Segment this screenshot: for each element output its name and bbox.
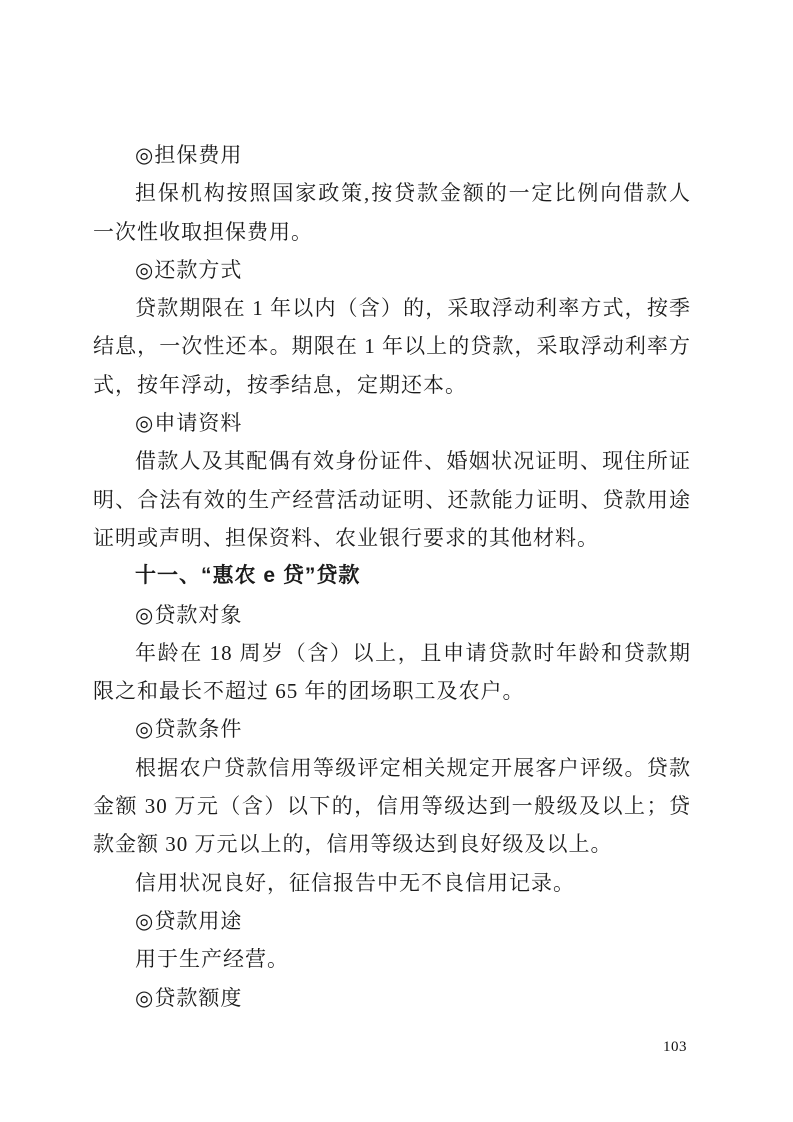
paragraph-application-materials-detail: 借款人及其配偶有效身份证件、婚姻状况证明、现住所证明、合法有效的生产经营活动证明… [93, 442, 691, 557]
page-number: 103 [663, 1039, 687, 1056]
subheading-guarantee-fee: ◎担保费用 [93, 136, 691, 174]
document-page: ◎担保费用 担保机构按照国家政策,按贷款金额的一定比例向借款人一次性收取担保费用… [0, 0, 793, 1122]
subheading-loan-amount: ◎贷款额度 [93, 979, 691, 1017]
paragraph-loan-conditions-detail-2: 信用状况良好，征信报告中无不良信用记录。 [93, 864, 691, 902]
paragraph-loan-purpose-detail: 用于生产经营。 [93, 940, 691, 978]
heading-huinong-e-loan: 十一、“惠农 e 贷”贷款 [93, 557, 691, 595]
document-body: ◎担保费用 担保机构按照国家政策,按贷款金额的一定比例向借款人一次性收取担保费用… [93, 136, 691, 1017]
subheading-repayment-method: ◎还款方式 [93, 251, 691, 289]
paragraph-repayment-method-detail: 贷款期限在 1 年以内（含）的，采取浮动利率方式，按季结息，一次性还本。期限在 … [93, 289, 691, 404]
subheading-application-materials: ◎申请资料 [93, 404, 691, 442]
subheading-loan-target: ◎贷款对象 [93, 596, 691, 634]
paragraph-guarantee-fee-detail: 担保机构按照国家政策,按贷款金额的一定比例向借款人一次性收取担保费用。 [93, 174, 691, 251]
paragraph-loan-target-detail: 年龄在 18 周岁（含）以上，且申请贷款时年龄和贷款期限之和最长不超过 65 年… [93, 634, 691, 711]
paragraph-loan-conditions-detail-1: 根据农户贷款信用等级评定相关规定开展客户评级。贷款金额 30 万元（含）以下的，… [93, 749, 691, 864]
subheading-loan-purpose: ◎贷款用途 [93, 902, 691, 940]
subheading-loan-conditions: ◎贷款条件 [93, 710, 691, 748]
